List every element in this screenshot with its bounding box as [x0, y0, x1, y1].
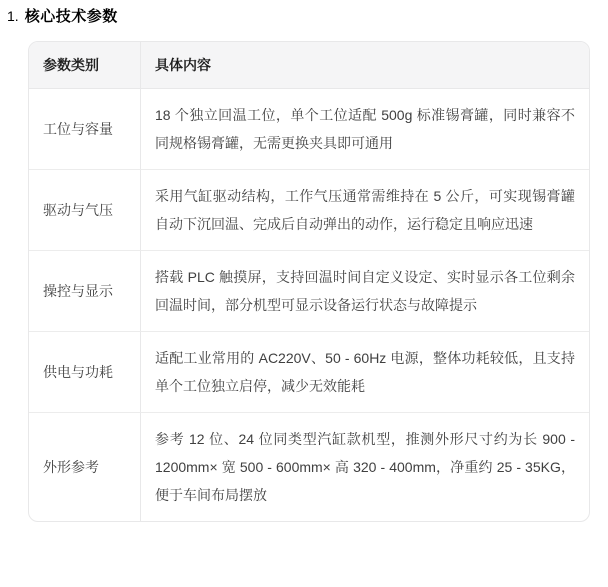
row-category: 供电与功耗: [29, 332, 141, 413]
row-content: 搭载 PLC 触摸屏，支持回温时间自定义设定、实时显示各工位剩余回温时间，部分机…: [141, 251, 589, 332]
document-page: 1. 核心技术参数 参数类别 具体内容 工位与容量 18 个独立回温工位，单个工…: [0, 0, 608, 522]
column-header-category: 参数类别: [29, 42, 141, 89]
parameters-table-container: 参数类别 具体内容 工位与容量 18 个独立回温工位，单个工位适配 500g 标…: [28, 41, 590, 522]
table-row: 供电与功耗 适配工业常用的 AC220V、50 - 60Hz 电源，整体功耗较低…: [29, 332, 589, 413]
parameters-table: 参数类别 具体内容 工位与容量 18 个独立回温工位，单个工位适配 500g 标…: [29, 42, 589, 521]
row-content: 18 个独立回温工位，单个工位适配 500g 标准锡膏罐，同时兼容不同规格锡膏罐…: [141, 89, 589, 170]
table-row: 操控与显示 搭载 PLC 触摸屏，支持回温时间自定义设定、实时显示各工位剩余回温…: [29, 251, 589, 332]
row-content: 采用气缸驱动结构，工作气压通常需维持在 5 公斤，可实现锡膏罐自动下沉回温、完成…: [141, 170, 589, 251]
column-header-content: 具体内容: [141, 42, 589, 89]
table-row: 驱动与气压 采用气缸驱动结构，工作气压通常需维持在 5 公斤，可实现锡膏罐自动下…: [29, 170, 589, 251]
row-category: 操控与显示: [29, 251, 141, 332]
table-header-row: 参数类别 具体内容: [29, 42, 589, 89]
heading-title: 核心技术参数: [25, 7, 118, 27]
row-content: 参考 12 位、24 位同类型汽缸款机型，推测外形尺寸约为长 900 - 120…: [141, 413, 589, 521]
table-row: 工位与容量 18 个独立回温工位，单个工位适配 500g 标准锡膏罐，同时兼容不…: [29, 89, 589, 170]
table-body: 工位与容量 18 个独立回温工位，单个工位适配 500g 标准锡膏罐，同时兼容不…: [29, 89, 589, 521]
heading-list-number: 1.: [7, 6, 19, 26]
row-category: 驱动与气压: [29, 170, 141, 251]
row-category: 工位与容量: [29, 89, 141, 170]
section-heading: 1. 核心技术参数: [7, 6, 590, 27]
row-category: 外形参考: [29, 413, 141, 521]
row-content: 适配工业常用的 AC220V、50 - 60Hz 电源，整体功耗较低，且支持单个…: [141, 332, 589, 413]
table-row: 外形参考 参考 12 位、24 位同类型汽缸款机型，推测外形尺寸约为长 900 …: [29, 413, 589, 521]
